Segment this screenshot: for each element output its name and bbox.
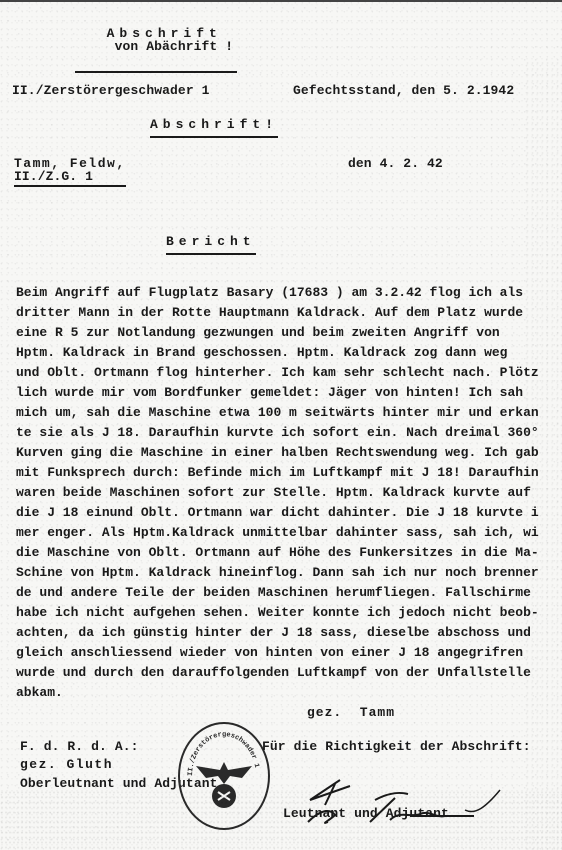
subtitle: Abschrift!	[150, 118, 278, 138]
report-line: Beim Angriff auf Flugplatz Basary (17683…	[16, 283, 556, 303]
signature-underline	[410, 815, 474, 817]
report-line: dritter Mann in der Rotte Hauptmann Kald…	[16, 303, 556, 323]
eagle-emblem-icon: II./Zerstörergeschwader 1	[180, 724, 268, 828]
certifier-rank: Leutnant und Adjutant	[283, 807, 449, 820]
report-line: abkam.	[16, 683, 556, 703]
author-unit: II./Z.G. 1	[14, 170, 126, 187]
report-line: achten, da ich günstig hinter der J 18 s…	[16, 623, 556, 643]
report-line: lich wurde mir vom Bordfunker gemeldet: …	[16, 383, 556, 403]
report-line: mich um, sah die Maschine etwa 100 m sei…	[16, 403, 556, 423]
report-line: mer enger. Als Hptm.Kaldrack unmittelbar…	[16, 523, 556, 543]
report-line: Hptm. Kaldrack in Brand geschossen. Hptm…	[16, 343, 556, 363]
author-date: den 4. 2. 42	[348, 157, 443, 170]
report-line: Kurven ging die Maschine in einer halben…	[16, 443, 556, 463]
unit-name: II./Zerstörergeschwader 1	[12, 84, 210, 97]
title-line: Abschrift von Abächrift !	[75, 14, 237, 73]
scan-border	[0, 0, 562, 2]
report-line: Schine von Hptm. Kaldrack hineinflog. Da…	[16, 563, 556, 583]
report-line: die Maschine von Oblt. Ortmann auf Höhe …	[16, 543, 556, 563]
document-page: Abschrift von Abächrift ! II./Zerstörerg…	[0, 0, 562, 850]
report-line: de und andere Teile der beiden Maschinen…	[16, 583, 556, 603]
report-line: gleich anschliessend wieder von hinten v…	[16, 643, 556, 663]
report-heading: Bericht	[166, 235, 256, 255]
report-line: eine R 5 zur Notlandung gezwungen und be…	[16, 323, 556, 343]
fdrda-label: F. d. R. d. A.:	[20, 740, 139, 753]
report-line: wurde und durch den darauffolgenden Luft…	[16, 663, 556, 683]
signed-by: gez. Tamm	[307, 706, 395, 719]
report-line: habe ich nicht aufgehen sehen. Weiter ko…	[16, 603, 556, 623]
report-line: und Oblt. Ortmann flog hinterher. Ich ka…	[16, 363, 556, 383]
report-line: waren beide Maschinen sofort zur Stelle.…	[16, 483, 556, 503]
report-line: die J 18 einund Oblt. Ortmann war dicht …	[16, 503, 556, 523]
title-rest: von Abächrift !	[115, 39, 234, 54]
gluth-signature: gez. Gluth	[20, 758, 113, 771]
report-line: te sie als J 18. Daraufhin kurvte ich so…	[16, 423, 556, 443]
official-stamp: II./Zerstörergeschwader 1	[178, 722, 270, 830]
location-date: Gefechtsstand, den 5. 2.1942	[293, 84, 514, 97]
certification-label: Für die Richtigkeit der Abschrift:	[262, 740, 531, 753]
handwritten-signature-icon	[300, 770, 520, 840]
report-line: mit Funksprech durch: Befinde mich im Lu…	[16, 463, 556, 483]
report-body: Beim Angriff auf Flugplatz Basary (17683…	[16, 283, 556, 703]
